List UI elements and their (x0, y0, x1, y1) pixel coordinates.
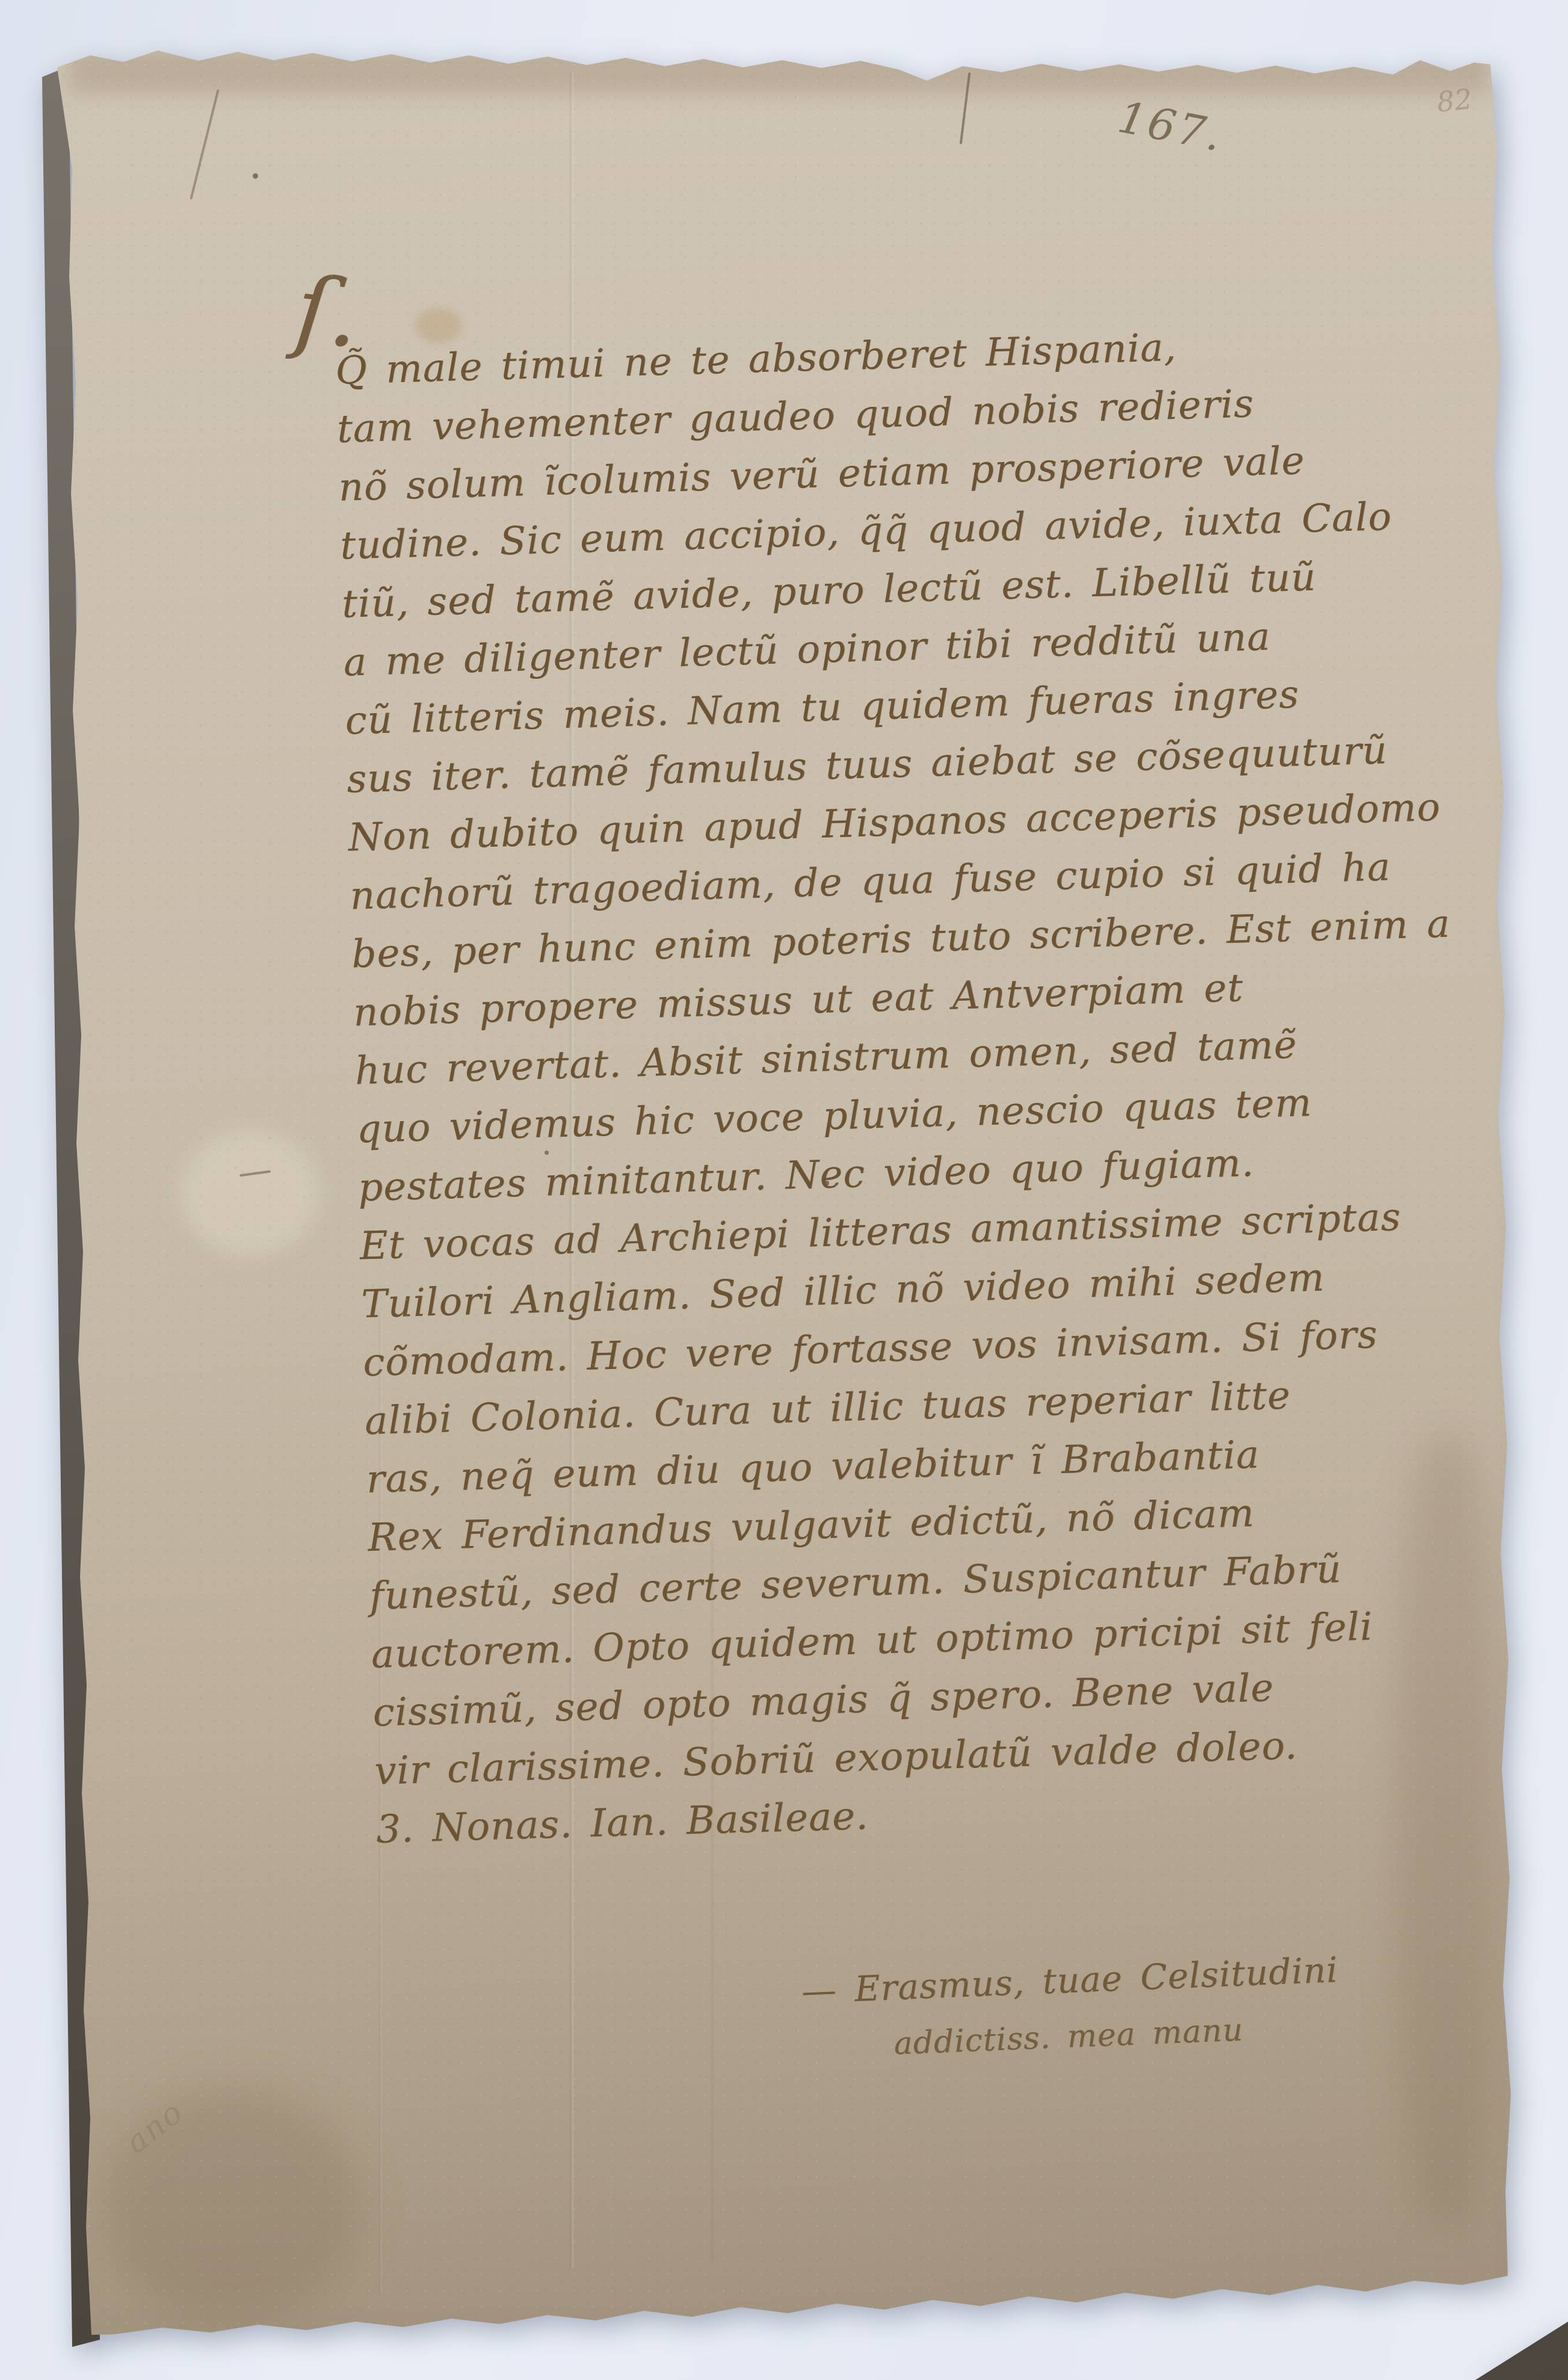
manuscript-line: sus iter. tamẽ famulus tuus aiebat se cõ… (346, 717, 1557, 809)
salutation-flourish: ſ. (291, 256, 365, 368)
paper-crease (569, 72, 575, 2269)
paper-shading (69, 49, 1489, 94)
signature-block: — Erasmus, tuae Celsitudini addictiss. m… (800, 1941, 1341, 2076)
paper-speck (253, 173, 258, 179)
ghost-corner-mark: 82 (1435, 82, 1474, 119)
ghost-margin-mark: ano (119, 2094, 191, 2161)
paper-speck (545, 1151, 549, 1155)
paper-stain (415, 308, 462, 343)
manuscript-line: Tuilori Angliam. Sed illic nõ video mihi… (360, 1242, 1568, 1334)
signature-subscription: addictiss. mea manu (893, 1998, 1342, 2072)
paper-crease (378, 1312, 383, 2293)
manuscript-line: cissimũ, sed opto magis q̃ spero. Bene v… (372, 1651, 1568, 1743)
photo-of-manuscript-letter: 167. 82 ano ſ. Q̃ male timui ne te absor… (0, 0, 1568, 2380)
manuscript-line: tam vehementer gaudeo quod nobis redieri… (336, 367, 1547, 459)
manuscript-line: nachorũ tragoediam, de qua fuse cupio si… (349, 834, 1560, 926)
manuscript-line: vir clarissime. Sobriũ exopulatũ valde d… (374, 1709, 1568, 1801)
manuscript-line: nobis propere missus ut eat Antverpiam e… (353, 950, 1563, 1042)
manuscript-line: funestũ, sed certe severum. Suspicantur … (369, 1534, 1568, 1626)
paper-shading (102, 2088, 361, 2323)
paper-crack (960, 72, 971, 144)
paper-sheet-group: 167. 82 ano ſ. Q̃ male timui ne te absor… (0, 0, 1568, 2380)
paper-stain-seal-showthrough (181, 1130, 319, 1256)
manuscript-line: Et vocas ad Archiepi litteras amantissim… (359, 1184, 1568, 1276)
manuscript-line: auctorem. Opto quidem ut optimo pricipi … (371, 1592, 1568, 1684)
manuscript-line: tudine. Sic eum accipio, q̃q̃ quod avide… (339, 484, 1550, 576)
manuscript-line: cũ litteris meis. Nam tu quidem fueras i… (344, 659, 1555, 751)
manuscript-line: bes, per hunc enim poteris tuto scribere… (351, 892, 1561, 984)
manuscript-paper: 167. 82 ano ſ. Q̃ male timui ne te absor… (0, 0, 1568, 2380)
manuscript-line: Non dubito quin apud Hispanos acceperis … (348, 776, 1558, 868)
paper-crease (710, 1541, 715, 2263)
manuscript-line: a me diligenter lectũ opinor tibi reddit… (343, 601, 1554, 693)
page-number: 167. (1114, 91, 1228, 161)
paper-shading (1396, 1432, 1498, 2227)
letter-body: Q̃ male timui ne te absorberet Hispania,… (335, 309, 1568, 1859)
manuscript-line: cõmodam. Hoc vere fortasse vos invisam. … (362, 1300, 1568, 1392)
manuscript-line: nõ solum ĩcolumis verũ etiam prosperiore… (338, 425, 1548, 518)
manuscript-line: quo videmus hic voce pluvia, nescio quas… (356, 1067, 1566, 1159)
manuscript-line: alibi Colonia. Cura ut illic tuas reperi… (364, 1359, 1568, 1451)
paper-crack (239, 1170, 271, 1176)
paper-speck (824, 1181, 829, 1185)
manuscript-date-line: 3. Nonas. Ian. Basileae. (375, 1767, 1568, 1859)
manuscript-line: Rex Ferdinandus vulgavit edictũ, nõ dica… (367, 1476, 1568, 1568)
manuscript-line: tiũ, sed tamẽ avide, puro lectũ est. Lib… (341, 542, 1552, 634)
manuscript-line: pestates minitantur. Nec video quo fugia… (357, 1125, 1568, 1217)
manuscript-line: huc revertat. Absit sinistrum omen, sed … (354, 1009, 1565, 1101)
manuscript-line: Q̃ male timui ne te absorberet Hispania, (335, 309, 1545, 401)
manuscript-line: ras, neq̃ eum diu quo valebitur ĩ Braban… (365, 1417, 1568, 1509)
signature-name: — Erasmus, tuae Celsitudini (800, 1941, 1339, 2020)
paper-crack (190, 89, 219, 199)
